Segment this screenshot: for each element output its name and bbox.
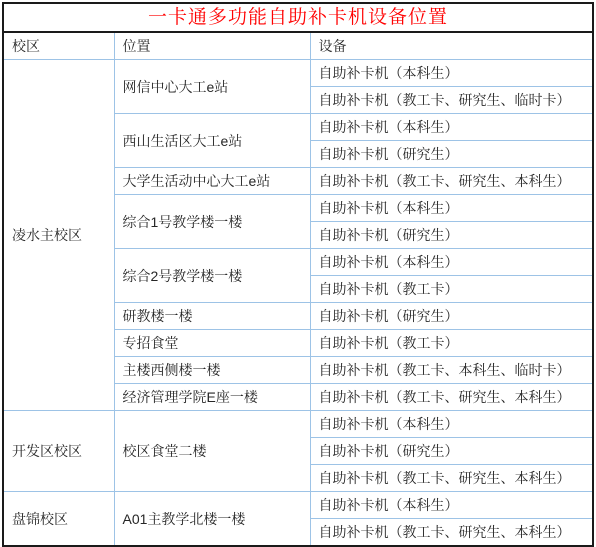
device-cell: 自助补卡机（本科生）: [310, 114, 593, 141]
campus-cell: 盘锦校区: [3, 492, 114, 547]
device-cell: 自助补卡机（教工卡、研究生、本科生）: [310, 519, 593, 547]
title-row: 一卡通多功能自助补卡机设备位置: [3, 3, 593, 32]
header-location: 位置: [114, 32, 310, 60]
device-cell: 自助补卡机（本科生）: [310, 195, 593, 222]
campus-cell: 凌水主校区: [3, 60, 114, 411]
device-cell: 自助补卡机（教工卡、研究生、本科生）: [310, 465, 593, 492]
device-cell: 自助补卡机（研究生）: [310, 141, 593, 168]
location-cell: 主楼西侧楼一楼: [114, 357, 310, 384]
location-cell: A01主教学北楼一楼: [114, 492, 310, 547]
location-cell: 经济管理学院E座一楼: [114, 384, 310, 411]
location-cell: 专招食堂: [114, 330, 310, 357]
device-cell: 自助补卡机（本科生）: [310, 492, 593, 519]
location-cell: 研教楼一楼: [114, 303, 310, 330]
header-device: 设备: [310, 32, 593, 60]
location-cell: 大学生活动中心大工e站: [114, 168, 310, 195]
device-cell: 自助补卡机（本科生）: [310, 60, 593, 87]
table-row: 凌水主校区 网信中心大工e站 自助补卡机（本科生）: [3, 60, 593, 87]
table-row: 开发区校区 校区食堂二楼 自助补卡机（本科生）: [3, 411, 593, 438]
device-cell: 自助补卡机（教工卡、研究生、本科生）: [310, 384, 593, 411]
device-cell: 自助补卡机（教工卡、研究生、本科生）: [310, 168, 593, 195]
campus-cell: 开发区校区: [3, 411, 114, 492]
card-machine-location-table: 一卡通多功能自助补卡机设备位置 校区 位置 设备 凌水主校区 网信中心大工e站 …: [2, 2, 594, 547]
device-cell: 自助补卡机（本科生）: [310, 249, 593, 276]
location-cell: 西山生活区大工e站: [114, 114, 310, 168]
table-row: 盘锦校区 A01主教学北楼一楼 自助补卡机（本科生）: [3, 492, 593, 519]
page: 一卡通多功能自助补卡机设备位置 校区 位置 设备 凌水主校区 网信中心大工e站 …: [0, 0, 596, 534]
location-cell: 综合1号教学楼一楼: [114, 195, 310, 249]
device-cell: 自助补卡机（研究生）: [310, 438, 593, 465]
location-cell: 网信中心大工e站: [114, 60, 310, 114]
header-row: 校区 位置 设备: [3, 32, 593, 60]
device-cell: 自助补卡机（教工卡）: [310, 330, 593, 357]
location-cell: 校区食堂二楼: [114, 411, 310, 492]
device-cell: 自助补卡机（本科生）: [310, 411, 593, 438]
location-cell: 综合2号教学楼一楼: [114, 249, 310, 303]
page-title: 一卡通多功能自助补卡机设备位置: [3, 3, 593, 32]
device-cell: 自助补卡机（研究生）: [310, 222, 593, 249]
device-cell: 自助补卡机（教工卡、本科生、临时卡）: [310, 357, 593, 384]
device-cell: 自助补卡机（研究生）: [310, 303, 593, 330]
header-campus: 校区: [3, 32, 114, 60]
device-cell: 自助补卡机（教工卡、研究生、临时卡）: [310, 87, 593, 114]
device-cell: 自助补卡机（教工卡）: [310, 276, 593, 303]
